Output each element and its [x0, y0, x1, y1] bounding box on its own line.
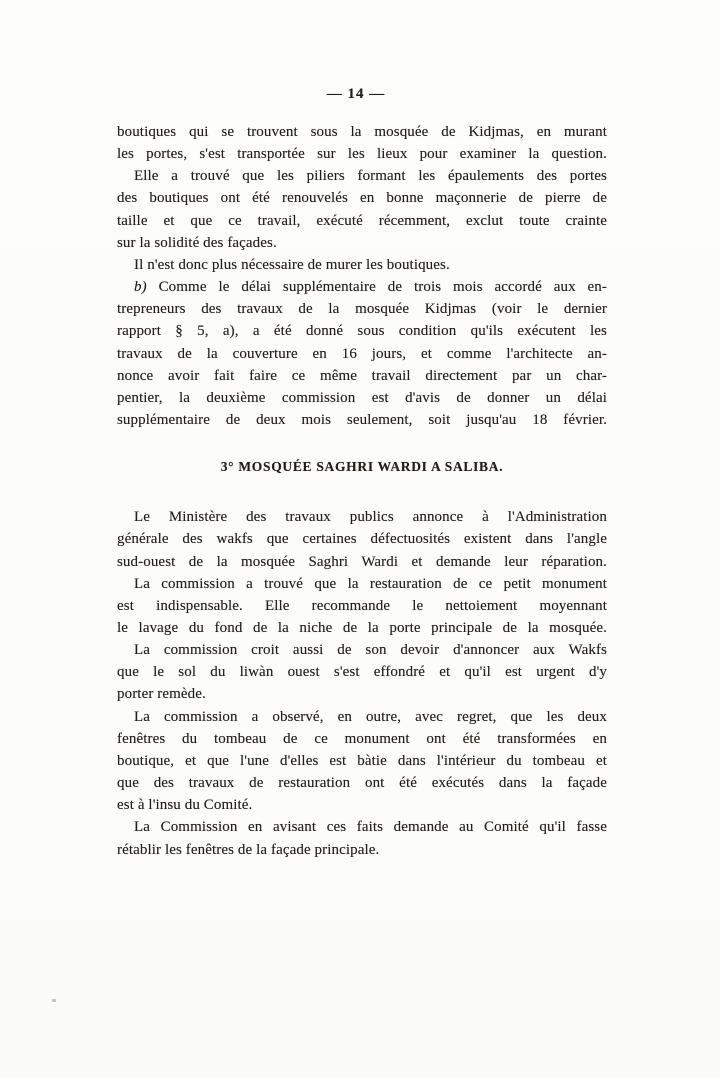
paragraph: b) Comme le délai supplémentaire de troi…	[117, 276, 607, 431]
text-line: Le Ministère des travaux publics annonce…	[117, 506, 607, 528]
text-line: est indispensable. Elle recommande le ne…	[117, 595, 607, 617]
paragraph: Il n'est donc plus nécessaire de murer l…	[117, 254, 607, 276]
text-line: que le sol du liwàn ouest s'est effondré…	[117, 661, 607, 683]
document-page: — 14 — boutiques qui se trouvent sous la…	[0, 0, 720, 1079]
text-line: Elle a trouvé que les piliers formant le…	[117, 165, 607, 187]
paragraph: boutiques qui se trouvent sous la mosqué…	[117, 121, 607, 165]
text-line: La commission a trouvé que la restaurati…	[117, 573, 607, 595]
text-line: porter remède.	[117, 683, 607, 705]
text-line: des boutiques ont été renouvelés en bonn…	[117, 187, 607, 209]
text-line: sur la solidité des façades.	[117, 232, 607, 254]
text-line: sud-ouest de la mosquée Saghri Wardi et …	[117, 551, 607, 573]
section-heading: 3° MOSQUÉE SAGHRI WARDI A SALIBA.	[117, 457, 607, 476]
text-line: travaux de la couverture en 16 jours, et…	[117, 343, 607, 365]
text-line: b) Comme le délai supplémentaire de troi…	[117, 276, 607, 298]
text-line: boutiques qui se trouvent sous la mosqué…	[117, 121, 607, 143]
text-line: rétablir les fenêtres de la façade princ…	[117, 839, 607, 861]
text-line: est à l'insu du Comité.	[117, 794, 607, 816]
page-content: boutiques qui se trouvent sous la mosqué…	[117, 121, 607, 861]
text-line: rapport § 5, a), a été donné sous condit…	[117, 320, 607, 342]
paragraph: La commission croit aussi de son devoir …	[117, 639, 607, 705]
paragraph: La commission a trouvé que la restaurati…	[117, 573, 607, 639]
paragraph: La commission a observé, en outre, avec …	[117, 706, 607, 817]
text-line: supplémentaire de deux mois seulement, s…	[117, 409, 607, 431]
text-line: nonce avoir fait faire ce même travail d…	[117, 365, 607, 387]
text-line: générale des wakfs que certaines défectu…	[117, 528, 607, 550]
text-line: La commission a observé, en outre, avec …	[117, 706, 607, 728]
paragraph: Elle a trouvé que les piliers formant le…	[117, 165, 607, 254]
italic-lead: b)	[134, 279, 147, 295]
text-line: taille et que ce travail, exécuté récemm…	[117, 210, 607, 232]
text-line: le lavage du fond de la niche de la port…	[117, 617, 607, 639]
text-line: les portes, s'est transportée sur les li…	[117, 143, 607, 165]
text-line: pentier, la deuxième commission est d'av…	[117, 387, 607, 409]
text-line: trepreneurs des travaux de la mosquée Ki…	[117, 298, 607, 320]
text-line: La Commission en avisant ces faits deman…	[117, 816, 607, 838]
page-number: — 14 —	[0, 86, 716, 103]
scan-artifact-dot	[52, 999, 56, 1002]
text-line: Il n'est donc plus nécessaire de murer l…	[117, 254, 607, 276]
paragraph: Le Ministère des travaux publics annonce…	[117, 506, 607, 572]
text-line: La commission croit aussi de son devoir …	[117, 639, 607, 661]
text-line: fenêtres du tombeau de ce monument ont é…	[117, 728, 607, 750]
text-line: boutique, et que l'une d'elles est bàtie…	[117, 750, 607, 772]
text-line: que des travaux de restauration ont été …	[117, 772, 607, 794]
paragraph: La Commission en avisant ces faits deman…	[117, 816, 607, 860]
